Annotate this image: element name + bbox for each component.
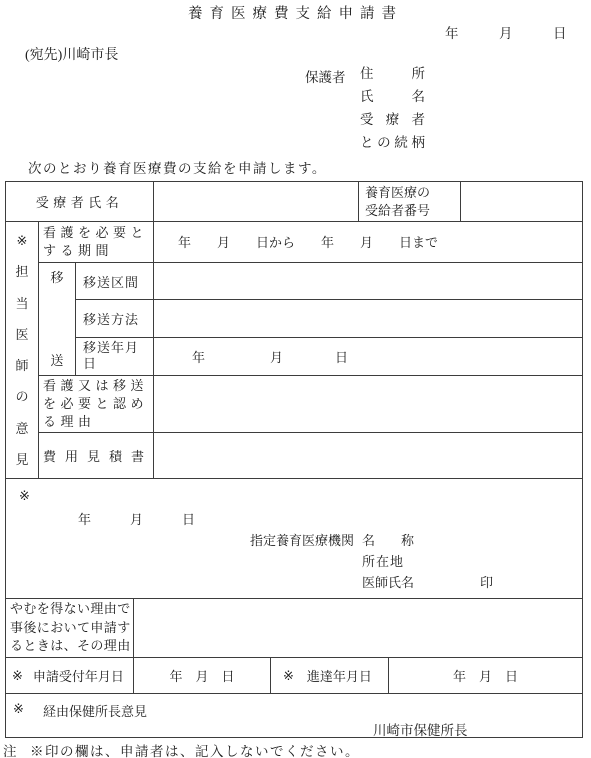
recipient-number-label-text: 養育医療の 受給者番号 (365, 184, 430, 219)
nursing-period-label-text: 看護を必要と する期間 (43, 224, 148, 260)
institution-date-line: 年 月 日 (78, 509, 195, 528)
recipient-name-label: 受療者氏名 (6, 182, 154, 221)
estimate-label-text: 費用見積書 (43, 446, 153, 465)
recipient-row: 受療者氏名 養育医療の 受給者番号 (6, 182, 582, 222)
footer-note-text: ※印の欄は、申請者は、記入しないでください。 (30, 740, 360, 758)
director-opinion-marker: ※ (13, 701, 24, 717)
guardian-field-address: 住所 (360, 66, 425, 89)
transport-section-label: 移送区間 (76, 263, 154, 300)
director-signature: 川崎市保健所長 (373, 719, 468, 737)
institution-field-location: 所在地 (362, 551, 404, 570)
reason-label: 看護又は移送 を必要と認め る理由 (39, 376, 154, 433)
guardian-field-relation: との続柄 (360, 135, 425, 158)
director-opinion-label: 経由保健所長意見 (43, 701, 147, 720)
reason-field (154, 376, 582, 433)
institution-marker: ※ (19, 488, 30, 504)
transport-section-row: 移送区間 (76, 263, 582, 301)
application-form-page: 養育医療費支給申請書 年 月 日 (宛先)川崎市長 保護者 住所 氏名 受療者 … (0, 0, 591, 758)
forward-marker: ※ (283, 668, 294, 684)
transport-method-label-text: 移送方法 (83, 309, 139, 328)
late-reason-row: やむを得ない理由で 事後において申請す るときは、その理由 (6, 599, 582, 658)
estimate-label: 費用見積書 (39, 433, 154, 478)
intro-sentence: 次のとおり養育医療費の支給を申請します。 (28, 157, 327, 177)
institution-field-name: 名 称 (362, 530, 414, 549)
nursing-period-label: 看護を必要と する期間 (39, 222, 154, 262)
recipient-name-field (154, 182, 359, 221)
nursing-period-row: 看護を必要と する期間 年 月 日から 年 月 日まで (39, 222, 582, 263)
transport-side-label: 移送 (39, 263, 76, 375)
transport-section-field (154, 263, 582, 300)
doctor-opinion-content: 看護を必要と する期間 年 月 日から 年 月 日まで 移送 移送区間 (39, 222, 582, 478)
accept-date-field: 年 月 日 (134, 658, 271, 693)
late-reason-label: やむを得ない理由で 事後において申請す るときは、その理由 (6, 599, 134, 657)
footer-note: 注 ※印の欄は、申請者は、記入しないでください。 (3, 740, 360, 758)
accept-marker: ※ (12, 668, 23, 684)
transport-block: 移送 移送区間 移送方法 (39, 263, 582, 376)
footer-note-prefix: 注 (3, 740, 18, 758)
form-table: 受療者氏名 養育医療の 受給者番号 ※担当医師の意見 看護を必要と する期間 年… (5, 181, 583, 738)
forward-date-field: 年 月 日 (389, 658, 582, 693)
institution-org-label: 指定養育医療機関 (250, 530, 354, 549)
addressee-line: (宛先)川崎市長 (25, 44, 118, 64)
reason-label-text: 看護又は移送 を必要と認め る理由 (43, 377, 148, 431)
late-reason-label-text: やむを得ない理由で 事後において申請す るときは、その理由 (10, 600, 131, 656)
office-dates-row: ※ 申請受付年月日 年 月 日 ※ 進達年月日 年 月 日 (6, 658, 582, 694)
institution-cell: ※ 年 月 日 指定養育医療機関 名 称 所在地 医師氏名 印 (6, 479, 582, 598)
forward-label: 進達年月日 (307, 666, 372, 685)
estimate-field (154, 433, 582, 478)
transport-section-label-text: 移送区間 (83, 272, 139, 291)
director-opinion-cell: ※ 経由保健所長意見 川崎市保健所長 (6, 694, 582, 737)
accept-label: 申請受付年月日 (33, 666, 124, 685)
transport-date-row: 移送年月 日 年 月 日 (76, 338, 582, 375)
guardian-field-name: 氏名 (360, 89, 425, 112)
guardian-label: 保護者 (305, 66, 346, 86)
director-opinion-row: ※ 経由保健所長意見 川崎市保健所長 (6, 694, 582, 737)
transport-date-field: 年 月 日 (154, 338, 582, 375)
guardian-fields: 住所 氏名 受療者 との続柄 (360, 66, 425, 158)
doctor-opinion-block: ※担当医師の意見 看護を必要と する期間 年 月 日から 年 月 日まで 移送 (6, 222, 582, 479)
doctor-opinion-side-label: ※担当医師の意見 (6, 222, 39, 478)
transport-method-field (154, 300, 582, 337)
institution-field-doctor: 医師氏名 (362, 572, 414, 591)
nursing-period-field: 年 月 日から 年 月 日まで (154, 222, 582, 262)
reason-row: 看護又は移送 を必要と認め る理由 (39, 376, 582, 434)
recipient-name-label-text: 受療者氏名 (36, 192, 124, 211)
transport-rows: 移送区間 移送方法 移送年月 日 (76, 263, 582, 375)
recipient-number-label: 養育医療の 受給者番号 (359, 182, 461, 221)
application-date-line: 年 月 日 (445, 22, 567, 42)
late-reason-field (134, 599, 582, 657)
transport-method-row: 移送方法 (76, 300, 582, 338)
transport-date-label: 移送年月 日 (76, 338, 154, 375)
forward-date-label-cell: ※ 進達年月日 (271, 658, 389, 693)
accept-date-label-cell: ※ 申請受付年月日 (6, 658, 134, 693)
transport-method-label: 移送方法 (76, 300, 154, 337)
guardian-field-patient: 受療者 (360, 112, 425, 135)
recipient-number-field (461, 182, 582, 221)
institution-row: ※ 年 月 日 指定養育医療機関 名 称 所在地 医師氏名 印 (6, 479, 582, 599)
transport-date-label-text: 移送年月 日 (83, 340, 139, 372)
seal-mark: 印 (480, 572, 493, 591)
estimate-row: 費用見積書 (39, 433, 582, 478)
form-title: 養育医療費支給申請書 (0, 2, 591, 23)
